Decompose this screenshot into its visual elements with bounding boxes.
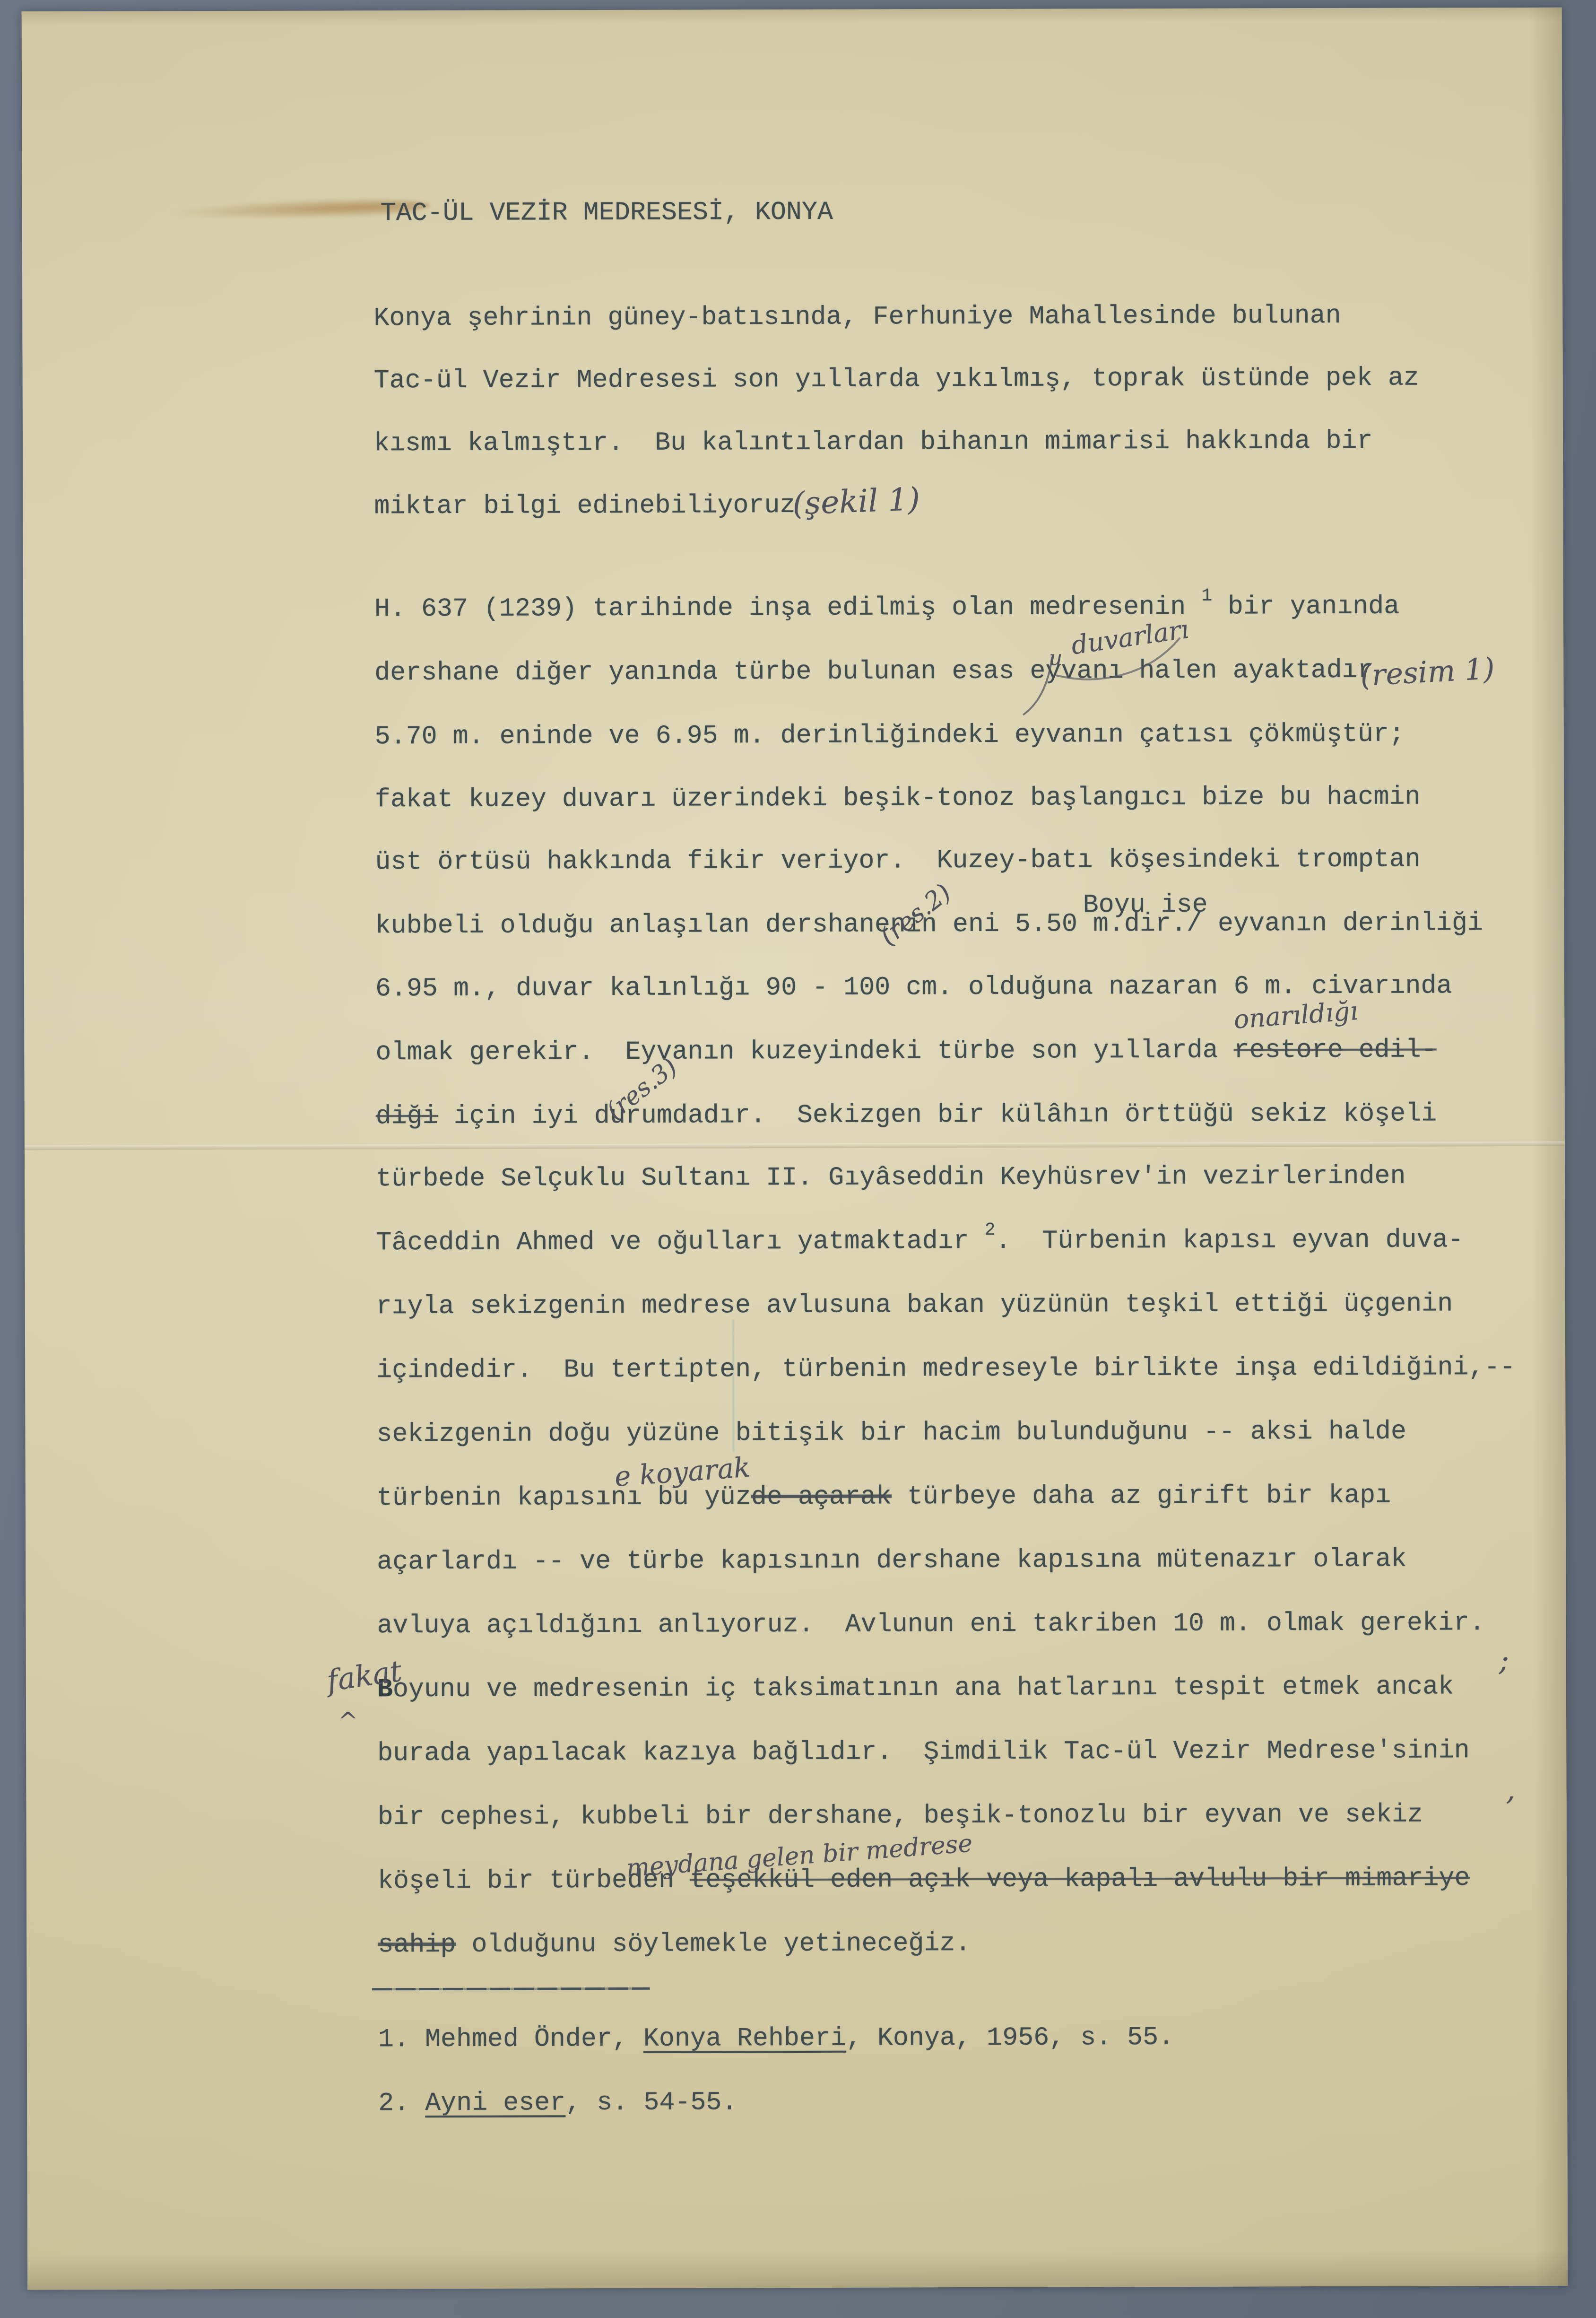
paper-edge-shadow-right xyxy=(1529,8,1568,2286)
typed-line: H. 637 (1239) tarihinde inşa edilmiş ola… xyxy=(374,592,1399,627)
typed-line: olmak gerekir. Eyvanın kuzeyindeki türbe… xyxy=(375,1035,1437,1067)
handwritten-note: , xyxy=(1506,1772,1515,1807)
typed-line: 6.95 m., duvar kalınlığı 90 - 100 cm. ol… xyxy=(375,971,1452,1003)
typed-segment: içindedir. Bu tertipten, türbenin medres… xyxy=(376,1352,1516,1385)
typed-segment: , s. 54-55. xyxy=(565,2087,737,2118)
typed-line: sahip olduğunu söylemekle yetineceğiz. xyxy=(378,1929,971,1960)
typed-segment: bir yanında xyxy=(1212,592,1399,622)
typed-segment: türbeye daha az girift bir kapı xyxy=(892,1481,1391,1512)
typed-line: fakat kuzey duvarı üzerindeki beşik-tono… xyxy=(375,783,1421,815)
handwritten-note: ; xyxy=(1499,1643,1509,1678)
typed-line: kısmı kalmıştır. Bu kalıntılardan bihanı… xyxy=(374,427,1372,459)
typed-line: 2. Ayni eser, s. 54-55. xyxy=(378,2088,737,2118)
typed-segment: olduğunu söylemekle yetineceğiz. xyxy=(456,1928,971,1960)
typed-segment: burada yapılacak kazıya bağlıdır. Şimdil… xyxy=(377,1735,1470,1768)
typed-line: türbede Selçuklu Sultanı II. Gıyâseddin … xyxy=(376,1162,1406,1194)
typed-segment: açarlardı -- ve türbe kapısının dershane… xyxy=(377,1544,1407,1577)
typed-segment: Ayni eser xyxy=(425,2088,565,2118)
typed-segment: Konya Rehberi xyxy=(643,2023,846,2054)
handwritten-annotations: (şekil 1)uduvarları(resim 1)Boyu ise(res… xyxy=(0,0,1593,2)
typed-segment: oyunu ve medresenin iç taksimatının ana … xyxy=(393,1672,1454,1704)
typed-insertion: Boyu ise xyxy=(1083,890,1208,920)
typed-line: bir cephesi, kubbeli bir dershane, beşik… xyxy=(378,1800,1423,1832)
typed-line: Tâceddin Ahmed ve oğulları yatmaktadır 2… xyxy=(376,1225,1463,1260)
typed-segment: üst örtüsü hakkında fikir veriyor. Kuzey… xyxy=(375,845,1421,877)
typed-segment: H. 637 (1239) tarihinde inşa edilmiş ola… xyxy=(374,592,1201,624)
typed-segment: 6.95 m., duvar kalınlığı 90 - 100 cm. ol… xyxy=(375,971,1452,1003)
typed-segment: sahip xyxy=(378,1930,456,1960)
typed-segment: olmak gerekir. Eyvanın kuzeyindeki türbe… xyxy=(375,1036,1233,1068)
typed-line: burada yapılacak kazıya bağlıdır. Şimdil… xyxy=(377,1736,1470,1768)
typed-segment: 2 xyxy=(985,1220,996,1240)
typed-segment: 1 xyxy=(1201,586,1212,606)
typed-line: avluya açıldığını anlıyoruz. Avlunun eni… xyxy=(377,1608,1485,1640)
typed-line: 5.70 m. eninde ve 6.95 m. derinliğindeki… xyxy=(375,720,1405,752)
document-title: TAC-ÜL VEZİR MEDRESESİ, KONYA xyxy=(381,198,833,228)
typed-segment: 5.70 m. eninde ve 6.95 m. derinliğindeki… xyxy=(375,719,1405,752)
typed-line: 1. Mehmed Önder, Konya Rehberi, Konya, 1… xyxy=(378,2023,1174,2054)
typed-segment: kısmı kalmıştır. Bu kalıntılardan bihanı… xyxy=(374,426,1373,459)
handwritten-note: ^ xyxy=(338,1707,358,1734)
typed-segment: de açarak xyxy=(751,1481,892,1512)
typed-line: türbenin kapısını bu yüzde açarak türbey… xyxy=(377,1481,1391,1513)
typed-segment: rıyla sekizgenin medrese avlusuna bakan … xyxy=(376,1289,1453,1321)
typed-segment: . Türbenin kapısı eyvan duva- xyxy=(995,1225,1463,1256)
paper-sheet: TAC-ÜL VEZİR MEDRESESİ, KONYA Konya şehr… xyxy=(0,0,1596,2318)
typed-segment: 2. xyxy=(378,2088,425,2118)
typed-segment: restore edil- xyxy=(1234,1035,1437,1065)
typed-line: açarlardı -- ve türbe kapısının dershane… xyxy=(377,1545,1407,1577)
typed-line: Konya şehrinin güney-batısında, Ferhuniy… xyxy=(373,301,1341,333)
paper-edge-shadow-bottom xyxy=(27,2250,1568,2290)
typed-line: üst örtüsü hakkında fikir veriyor. Kuzey… xyxy=(375,845,1421,877)
typed-segment: için iyi durumdadır. Sekizgen bir külâhı… xyxy=(438,1098,1437,1131)
typed-line: rıyla sekizgenin medrese avlusuna bakan … xyxy=(376,1289,1453,1321)
handwritten-note: u xyxy=(1049,646,1062,671)
typed-line: diği için iyi durumdadır. Sekizgen bir k… xyxy=(376,1099,1437,1131)
typed-line: köşeli bir türbeden teşekkül eden açık v… xyxy=(378,1864,1470,1896)
typed-segment: , Konya, 1956, s. 55. xyxy=(846,2022,1174,2053)
typed-segment: Konya şehrinin güney-batısında, Ferhuniy… xyxy=(373,301,1341,333)
typed-segment: diği xyxy=(376,1101,438,1131)
typed-segment: fakat kuzey duvarı üzerindeki beşik-tono… xyxy=(375,782,1421,815)
typed-segment: miktar bilgi edinebiliyoruz xyxy=(374,490,795,521)
handwritten-note: (resim 1) xyxy=(1360,651,1496,693)
handwritten-note: (şekil 1) xyxy=(792,481,920,522)
typed-segment: avluya açıldığını anlıyoruz. Avlunun eni… xyxy=(377,1608,1485,1640)
typed-segment: dershane diğer yanında türbe bulunan esa… xyxy=(374,655,1373,688)
typed-line: sekizgenin doğu yüzüne bitişik bir hacim… xyxy=(376,1417,1406,1449)
typed-line: dershane diğer yanında türbe bulunan esa… xyxy=(374,656,1373,688)
typed-segment: bir cephesi, kubbeli bir dershane, beşik… xyxy=(378,1800,1423,1832)
typed-line: Tac-ül Vezir Medresesi son yıllarda yıkı… xyxy=(374,364,1420,396)
typed-segment: Tâceddin Ahmed ve oğulları yatmaktadır xyxy=(376,1226,984,1257)
typed-line: içindedir. Bu tertipten, türbenin medres… xyxy=(376,1353,1516,1385)
typed-segment: sekizgenin doğu yüzüne bitişik bir hacim… xyxy=(376,1417,1406,1449)
scanned-page: TAC-ÜL VEZİR MEDRESESİ, KONYA Konya şehr… xyxy=(0,0,1596,2318)
typed-line: miktar bilgi edinebiliyoruz xyxy=(374,491,795,521)
typed-segment: 1. Mehmed Önder, xyxy=(378,2024,643,2054)
typed-line: Boyunu ve medresenin iç taksimatının ana… xyxy=(377,1672,1454,1704)
typed-segment: türbede Selçuklu Sultanı II. Gıyâseddin … xyxy=(376,1161,1406,1194)
typed-text-block: Konya şehrinin güney-batısında, Ferhuniy… xyxy=(0,0,1593,2)
typed-segment: Tac-ül Vezir Medresesi son yıllarda yıkı… xyxy=(374,363,1420,396)
